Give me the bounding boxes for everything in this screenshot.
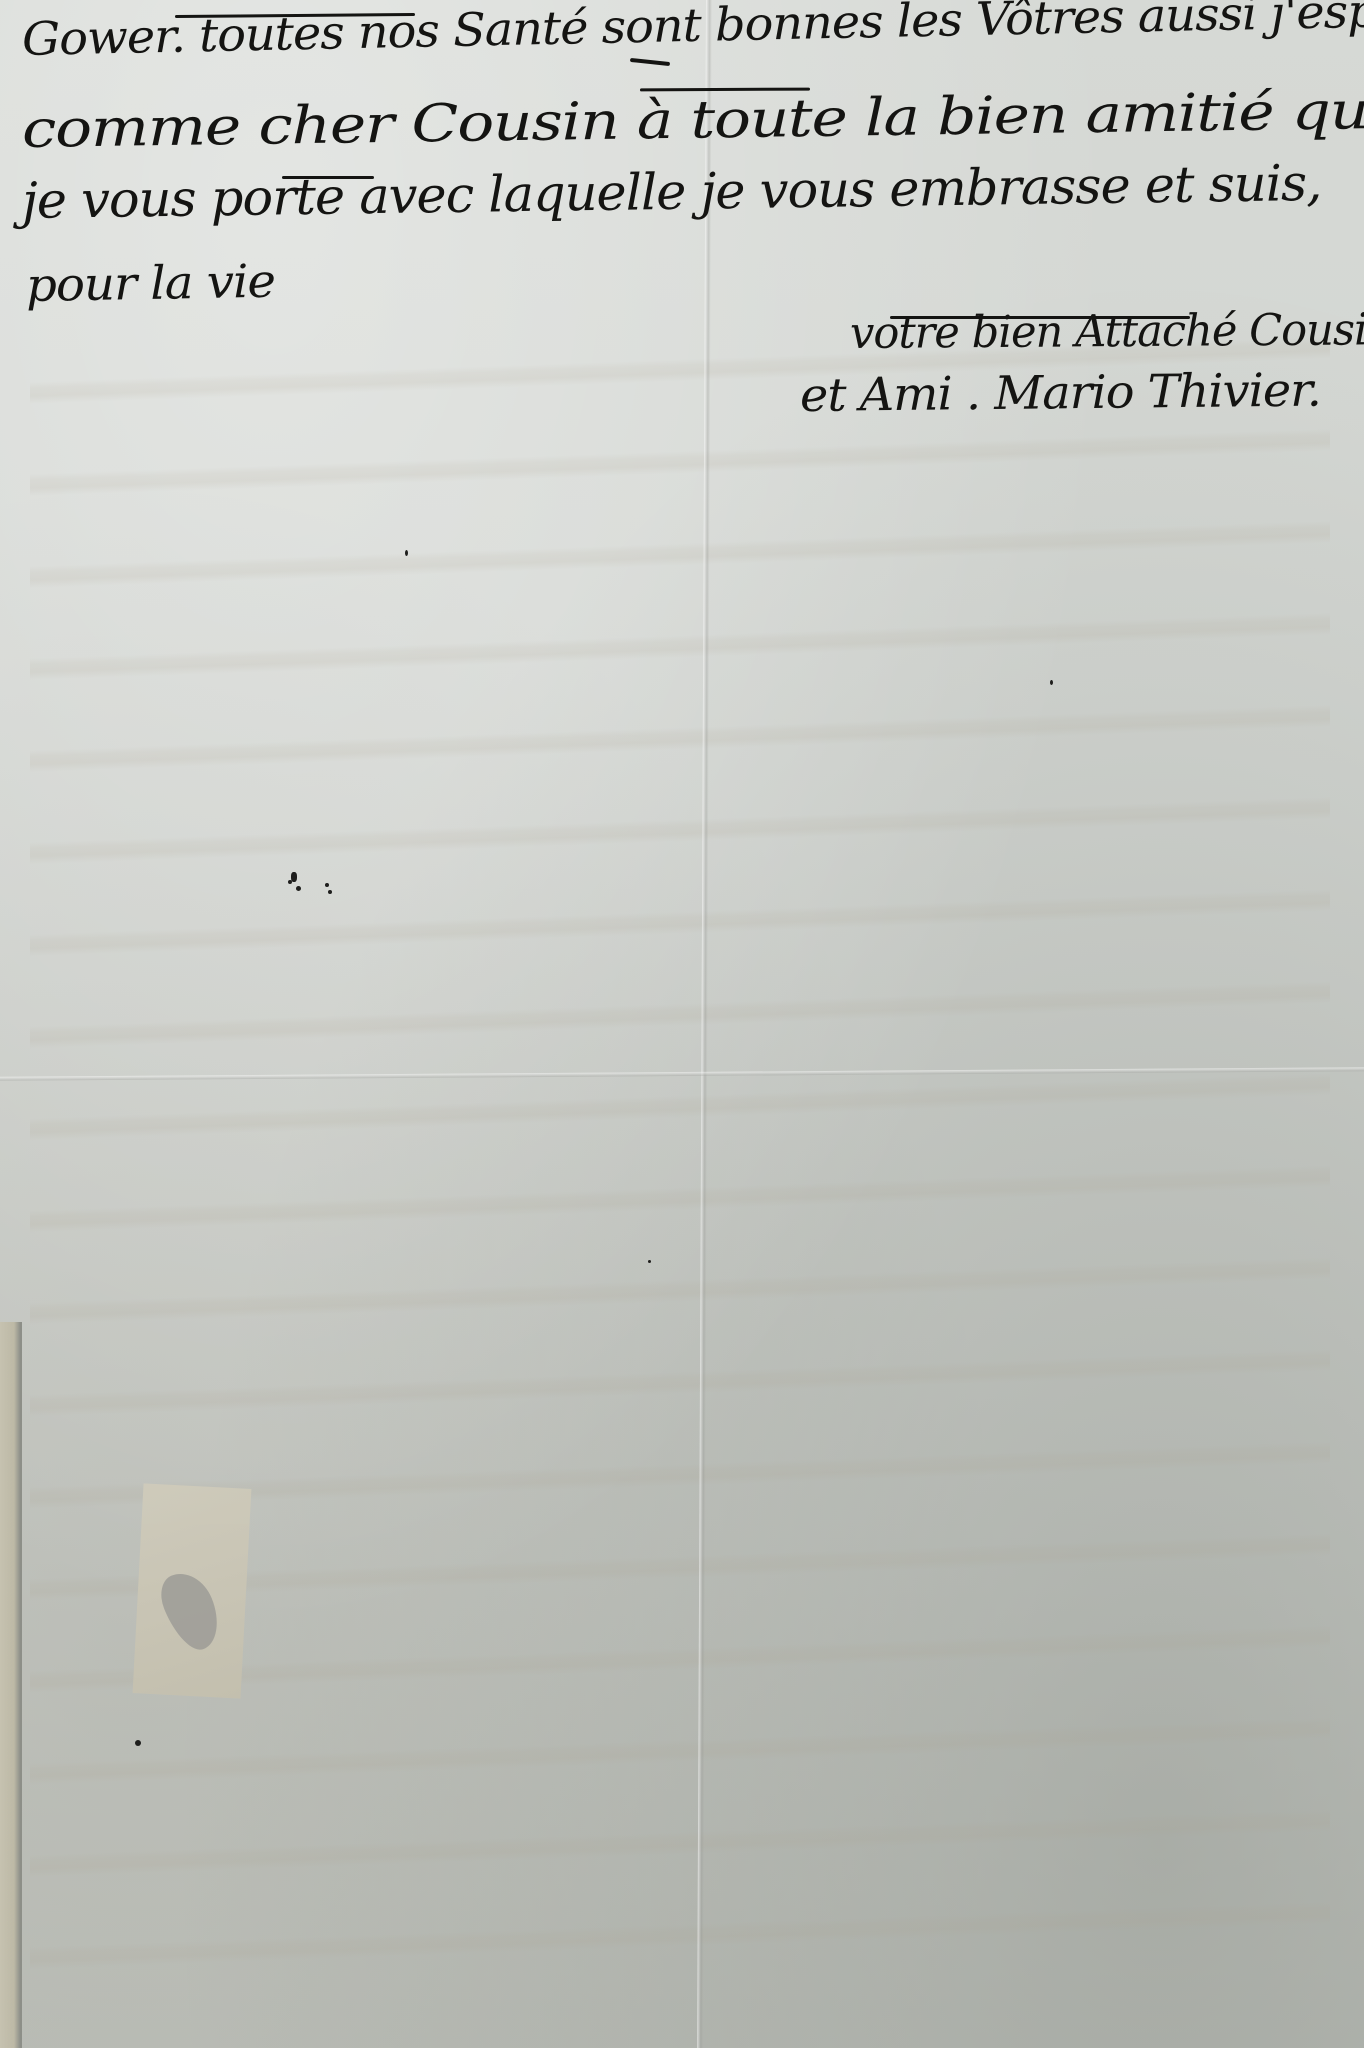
signature: et Ami . Mario Thivier. — [800, 367, 1321, 418]
ink-speck — [291, 872, 297, 882]
ink-speck — [135, 1740, 141, 1746]
letter-line-1: Gower. toutes nos Santé sont bonnes les … — [22, 0, 1364, 62]
letter-sheet: Gower. toutes nos Santé sont bonnes les … — [0, 0, 1364, 2048]
stain-mark — [154, 1565, 228, 1657]
ink-speck — [648, 1260, 651, 1263]
ink-speck — [296, 886, 301, 891]
strike-mark — [282, 176, 374, 179]
horizontal-fold-line — [0, 1067, 1364, 1081]
tape-patch — [133, 1483, 252, 1698]
ink-speck — [325, 883, 329, 887]
tape-strip-left-edge — [0, 1322, 22, 2048]
underline-mark — [630, 58, 670, 66]
vertical-fold-line — [697, 0, 712, 2048]
bleed-through-text — [30, 330, 1330, 1980]
ink-speck — [328, 890, 332, 894]
ink-speck — [405, 550, 408, 556]
letter-line-3: je vous porte avec laquelle je vous embr… — [22, 158, 1322, 226]
strike-mark — [890, 316, 1190, 319]
ink-speck — [1050, 680, 1053, 685]
letter-line-2: comme cher Cousin à toute la bien amitié… — [22, 85, 1364, 156]
letter-line-4: pour la vie — [26, 258, 276, 308]
